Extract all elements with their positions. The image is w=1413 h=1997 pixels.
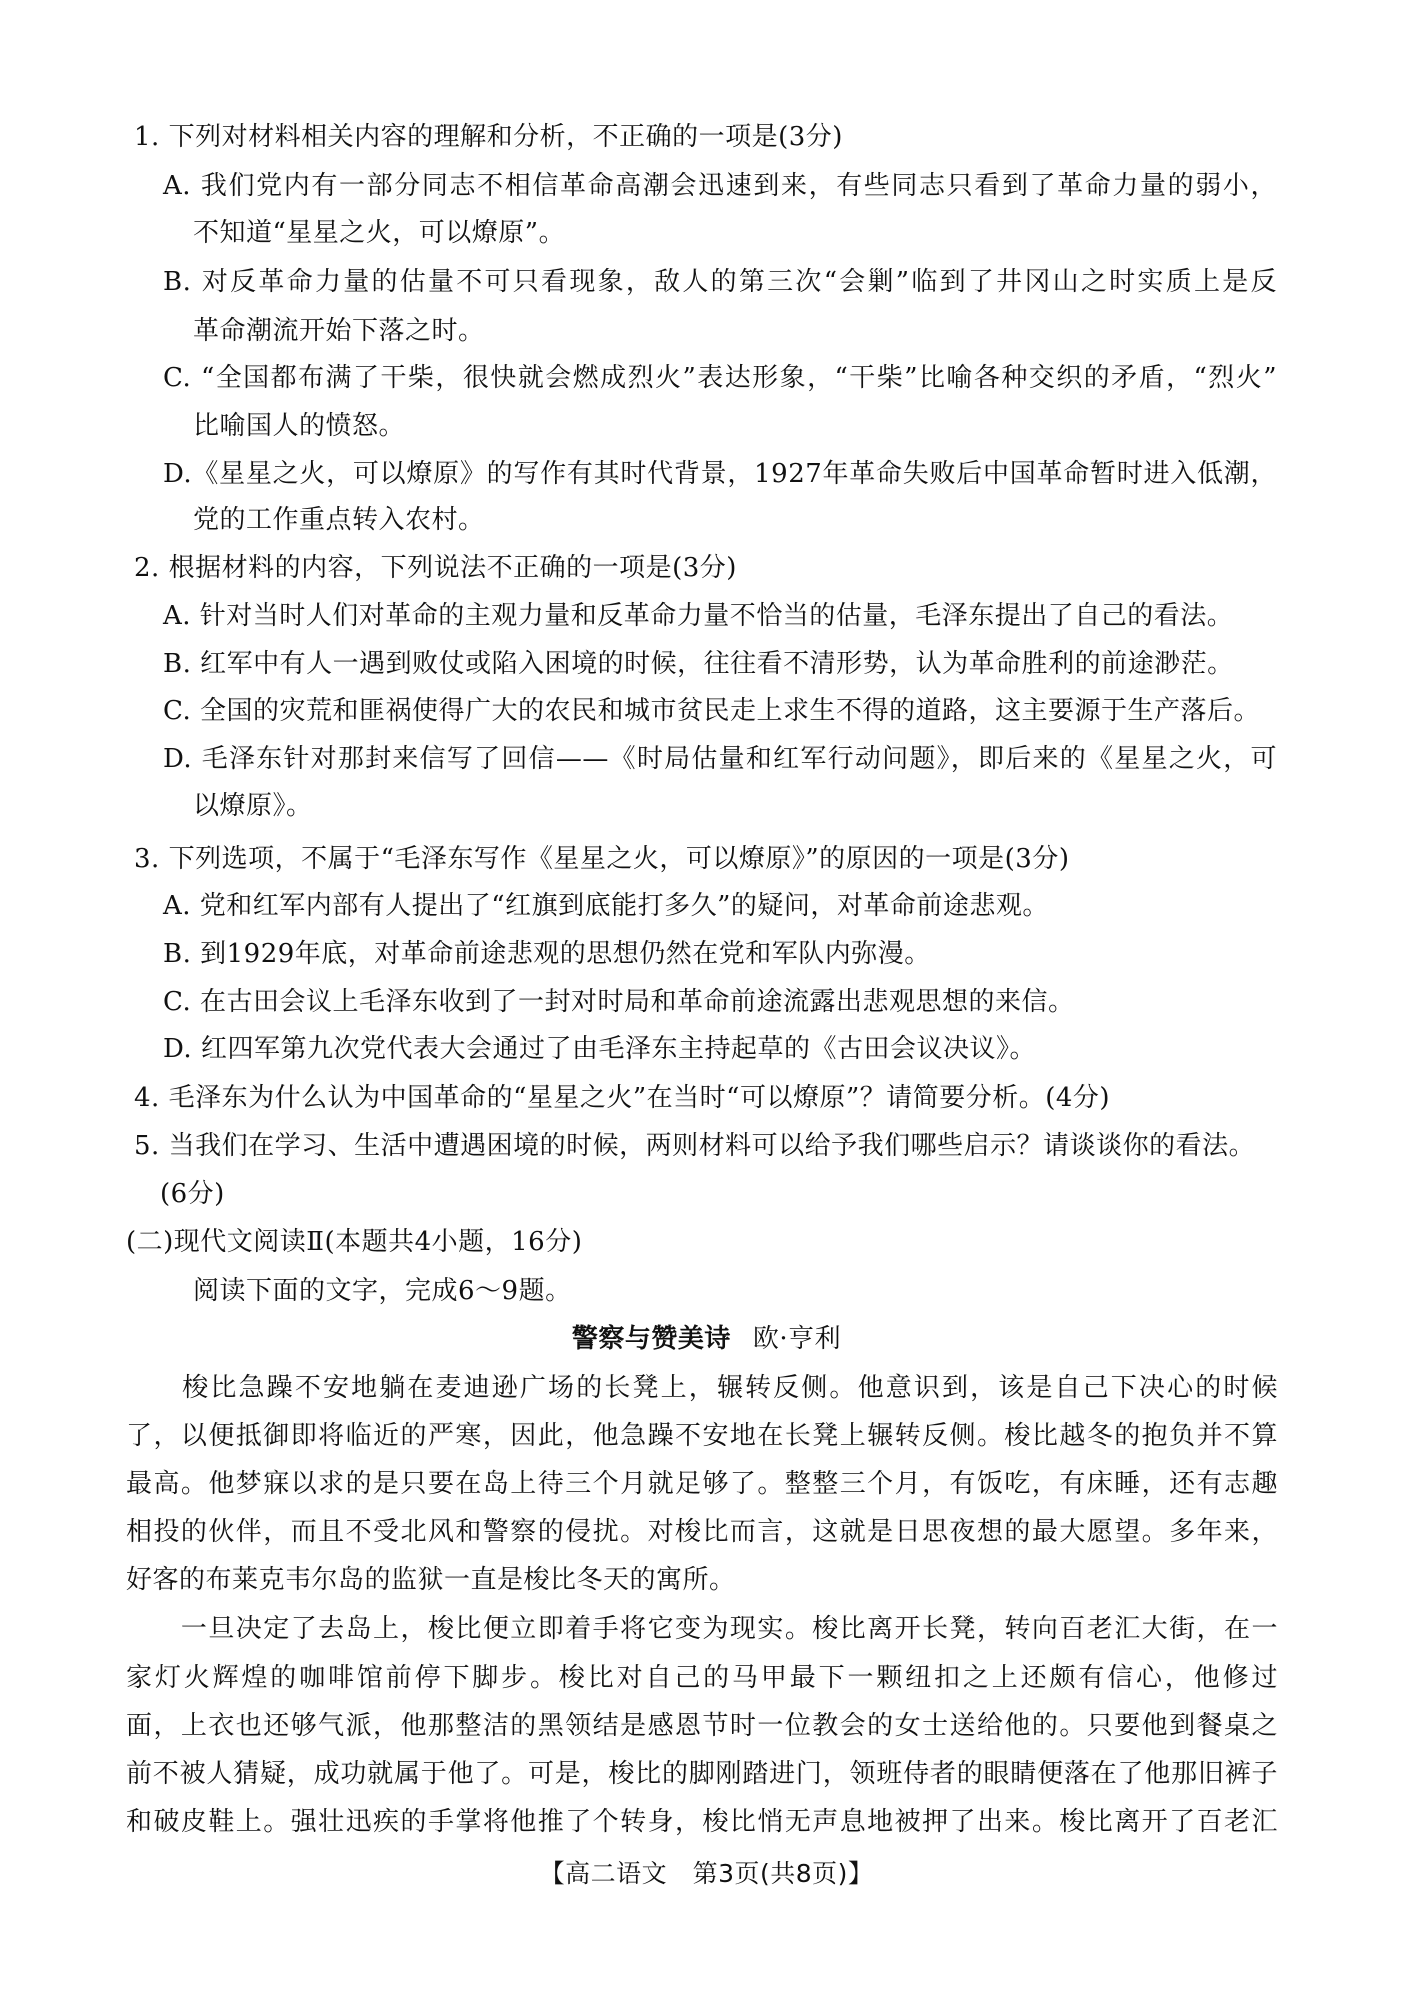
- story-paragraph-2-line-1: 一旦决定了去岛上，梭比便立即着手将它变为现实。梭比离开长凳，转向百老汇大街，在一: [126, 1613, 1278, 1645]
- question-3-option-a: A. 党和红军内部有人提出了“红旗到底能打多久”的疑问，对革命前途悲观。: [163, 890, 1049, 922]
- question-4-stem: 4. 毛泽东为什么认为中国革命的“星星之火”在当时“可以燎原”？请简要分析。(4…: [134, 1082, 1110, 1114]
- question-1-option-a: A. 我们党内有一部分同志不相信革命高潮会迅速到来，有些同志只看到了革命力量的弱…: [163, 170, 1277, 202]
- question-1-option-a-cont: 不知道“星星之火，可以燎原”。: [193, 217, 565, 249]
- exam-page: 1. 下列对材料相关内容的理解和分析，不正确的一项是(3分) A. 我们党内有一…: [0, 0, 1413, 1997]
- question-2-option-a: A. 针对当时人们对革命的主观力量和反革命力量不恰当的估量，毛泽东提出了自己的看…: [163, 600, 1233, 632]
- story-paragraph-1-line-5: 好客的布莱克韦尔岛的监狱一直是梭比冬天的寓所。: [126, 1564, 1278, 1596]
- story-paragraph-2-line-3: 面，上衣也还够气派，他那整洁的黑领结是感恩节时一位教会的女士送给他的。只要他到餐…: [126, 1710, 1278, 1742]
- question-2-option-c: C. 全国的灾荒和匪祸使得广大的农民和城市贫民走上求生不得的道路，这主要源于生产…: [163, 695, 1260, 727]
- question-3-option-b: B. 到1929年底，对革命前途悲观的思想仍然在党和军队内弥漫。: [163, 938, 931, 970]
- story-title: 警察与赞美诗: [572, 1324, 731, 1354]
- story-paragraph-2-line-5: 和破皮鞋上。强壮迅疾的手掌将他推了个转身，梭比悄无声息地被押了出来。梭比离开了百…: [126, 1806, 1278, 1838]
- question-1-option-c-cont: 比喻国人的愤怒。: [193, 410, 405, 442]
- question-2-option-d-cont: 以燎原》。: [193, 790, 313, 822]
- question-1-option-b: B. 对反革命力量的估量不可只看现象，敌人的第三次“会剿”临到了井冈山之时实质上…: [163, 266, 1277, 298]
- story-paragraph-2-line-2: 家灯火辉煌的咖啡馆前停下脚步。梭比对自己的马甲最下一颗纽扣之上还颇有信心，他修过: [126, 1662, 1278, 1694]
- question-2-option-b: B. 红军中有人一遇到败仗或陷入困境的时候，往往看不清形势，认为革命胜利的前途渺…: [163, 648, 1234, 680]
- question-5-stem-cont: (6分): [160, 1178, 225, 1210]
- story-author: 欧·亨利: [753, 1324, 841, 1354]
- page-footer: 【高二语文 第3页(共8页)】: [0, 1858, 1413, 1890]
- question-1-option-d-cont: 党的工作重点转入农村。: [193, 504, 485, 536]
- question-1-option-c: C. “全国都布满了干柴，很快就会燃成烈火”表达形象，“干柴”比喻各种交织的矛盾…: [163, 362, 1277, 394]
- question-1-option-d: D.《星星之火，可以燎原》的写作有其时代背景，1927年革命失败后中国革命暂时进…: [163, 458, 1277, 490]
- story-paragraph-1-line-3: 最高。他梦寐以求的是只要在岛上待三个月就足够了。整整三个月，有饭吃，有床睡，还有…: [126, 1468, 1278, 1500]
- question-1-stem: 1. 下列对材料相关内容的理解和分析，不正确的一项是(3分): [134, 121, 843, 153]
- question-3-option-d: D. 红四军第九次党代表大会通过了由毛泽东主持起草的《古田会议决议》。: [163, 1033, 1036, 1065]
- story-paragraph-1-line-1: 梭比急躁不安地躺在麦迪逊广场的长凳上，辗转反侧。他意识到，该是自己下决心的时候: [126, 1372, 1278, 1404]
- question-3-stem: 3. 下列选项，不属于“毛泽东写作《星星之火，可以燎原》”的原因的一项是(3分): [134, 843, 1070, 875]
- section-instruction: 阅读下面的文字，完成6～9题。: [193, 1275, 572, 1307]
- story-paragraph-1-line-4: 相投的伙伴，而且不受北风和警察的侵扰。对梭比而言，这就是日思夜想的最大愿望。多年…: [126, 1516, 1278, 1548]
- section-heading: (二)现代文阅读Ⅱ(本题共4小题，16分): [126, 1226, 582, 1258]
- question-3-option-c: C. 在古田会议上毛泽东收到了一封对时局和革命前途流露出悲观思想的来信。: [163, 986, 1075, 1018]
- question-5-stem: 5. 当我们在学习、生活中遭遇困境的时候，两则材料可以给予我们哪些启示？请谈谈你…: [134, 1130, 1255, 1162]
- story-title-line: 警察与赞美诗欧·亨利: [0, 1323, 1413, 1355]
- story-paragraph-1-line-2: 了，以便抵御即将临近的严寒，因此，他急躁不安地在长凳上辗转反侧。梭比越冬的抱负并…: [126, 1420, 1278, 1452]
- question-2-option-d: D. 毛泽东针对那封来信写了回信——《时局估量和红军行动问题》，即后来的《星星之…: [163, 743, 1277, 775]
- question-2-stem: 2. 根据材料的内容，下列说法不正确的一项是(3分): [134, 552, 737, 584]
- question-1-option-b-cont: 革命潮流开始下落之时。: [193, 315, 485, 347]
- story-paragraph-2-line-4: 前不被人猜疑，成功就属于他了。可是，梭比的脚刚踏进门，领班侍者的眼睛便落在了他那…: [126, 1758, 1278, 1790]
